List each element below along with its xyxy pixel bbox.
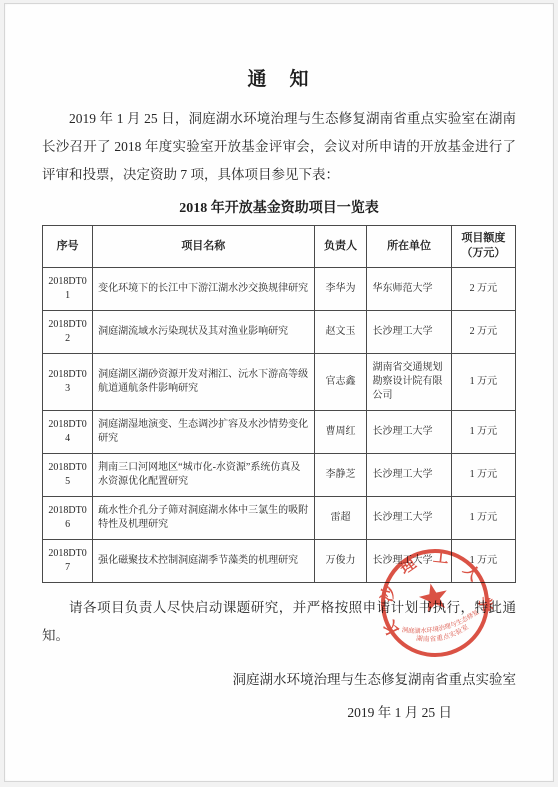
header-serial: 序号 (43, 226, 93, 268)
scanned-document-page: 通 知 2019 年 1 月 25 日，洞庭湖水环境治理与生态修复湖南省重点实验… (4, 3, 554, 782)
cell-amount: 1 万元 (451, 410, 515, 453)
cell-project-name: 洞庭湖区湖砂资源开发对湘江、沅水下游高等级航道通航条件影响研究 (93, 353, 314, 410)
table-row: 2018DT07 强化磁聚技术控制洞庭湖季节藻类的机理研究 万俊力 长沙理工大学… (43, 539, 516, 582)
cell-amount: 2 万元 (451, 267, 515, 310)
cell-unit: 长沙理工大学 (367, 410, 451, 453)
cell-leader: 李华为 (314, 267, 367, 310)
cell-unit: 长沙理工大学 (367, 310, 451, 353)
cell-unit: 湖南省交通规划勘察设计院有限公司 (367, 353, 451, 410)
cell-project-name: 疏水性介孔分子筛对洞庭湖水体中三氯生的吸附特性及机理研究 (93, 496, 314, 539)
cell-serial: 2018DT04 (43, 410, 93, 453)
cell-serial: 2018DT07 (43, 539, 93, 582)
cell-amount: 1 万元 (451, 539, 515, 582)
cell-unit: 长沙理工大学 (367, 453, 451, 496)
header-amount-line1: 项目额度 (454, 231, 513, 246)
closing-paragraph: 请各项目负责人尽快启动课题研究，并严格按照申请计划书执行，特此通知。 (42, 594, 516, 650)
document-content: 通 知 2019 年 1 月 25 日，洞庭湖水环境治理与生态修复湖南省重点实验… (5, 64, 553, 721)
table-row: 2018DT04 洞庭湖湿地演变、生态调沙扩容及水沙情势变化研究 曹周红 长沙理… (43, 410, 516, 453)
cell-leader: 赵文玉 (314, 310, 367, 353)
table-caption: 2018 年开放基金资助项目一览表 (42, 197, 516, 217)
cell-project-name: 荆南三口河网地区“城市化-水资源”系统仿真及水资源优化配置研究 (93, 453, 314, 496)
table-header-row: 序号 项目名称 负责人 所在单位 项目额度 （万元） (43, 226, 516, 268)
header-unit: 所在单位 (367, 226, 451, 268)
cell-amount: 1 万元 (451, 353, 515, 410)
cell-serial: 2018DT02 (43, 310, 93, 353)
table-row: 2018DT05 荆南三口河网地区“城市化-水资源”系统仿真及水资源优化配置研究… (43, 453, 516, 496)
cell-serial: 2018DT06 (43, 496, 93, 539)
cell-leader: 万俊力 (314, 539, 367, 582)
document-title: 通 知 (42, 64, 516, 91)
funded-projects-table: 序号 项目名称 负责人 所在单位 项目额度 （万元） 2018DT01 变化环境… (42, 225, 516, 583)
intro-paragraph: 2019 年 1 月 25 日，洞庭湖水环境治理与生态修复湖南省重点实验室在湖南… (42, 105, 516, 189)
cell-leader: 雷超 (314, 496, 367, 539)
cell-serial: 2018DT05 (43, 453, 93, 496)
document-date: 2019 年 1 月 25 日 (42, 701, 516, 721)
cell-leader: 官志鑫 (314, 353, 367, 410)
signature-org: 洞庭湖水环境治理与生态修复湖南省重点实验室 (42, 668, 516, 688)
cell-leader: 李静芝 (314, 453, 367, 496)
header-leader: 负责人 (314, 226, 367, 268)
cell-project-name: 强化磁聚技术控制洞庭湖季节藻类的机理研究 (93, 539, 314, 582)
table-row: 2018DT02 洞庭湖流域水污染现状及其对渔业影响研究 赵文玉 长沙理工大学 … (43, 310, 516, 353)
cell-project-name: 变化环境下的长江中下游江湖水沙交换规律研究 (93, 267, 314, 310)
cell-unit: 长沙理工大学 (367, 539, 451, 582)
cell-project-name: 洞庭湖流域水污染现状及其对渔业影响研究 (93, 310, 314, 353)
cell-serial: 2018DT03 (43, 353, 93, 410)
table-row: 2018DT03 洞庭湖区湖砂资源开发对湘江、沅水下游高等级航道通航条件影响研究… (43, 353, 516, 410)
header-amount-line2: （万元） (454, 246, 513, 261)
cell-leader: 曹周红 (314, 410, 367, 453)
cell-amount: 1 万元 (451, 453, 515, 496)
table-row: 2018DT06 疏水性介孔分子筛对洞庭湖水体中三氯生的吸附特性及机理研究 雷超… (43, 496, 516, 539)
cell-project-name: 洞庭湖湿地演变、生态调沙扩容及水沙情势变化研究 (93, 410, 314, 453)
cell-amount: 1 万元 (451, 496, 515, 539)
cell-unit: 华东师范大学 (367, 267, 451, 310)
cell-serial: 2018DT01 (43, 267, 93, 310)
header-project-name: 项目名称 (93, 226, 314, 268)
table-row: 2018DT01 变化环境下的长江中下游江湖水沙交换规律研究 李华为 华东师范大… (43, 267, 516, 310)
header-amount: 项目额度 （万元） (451, 226, 515, 268)
cell-unit: 长沙理工大学 (367, 496, 451, 539)
cell-amount: 2 万元 (451, 310, 515, 353)
